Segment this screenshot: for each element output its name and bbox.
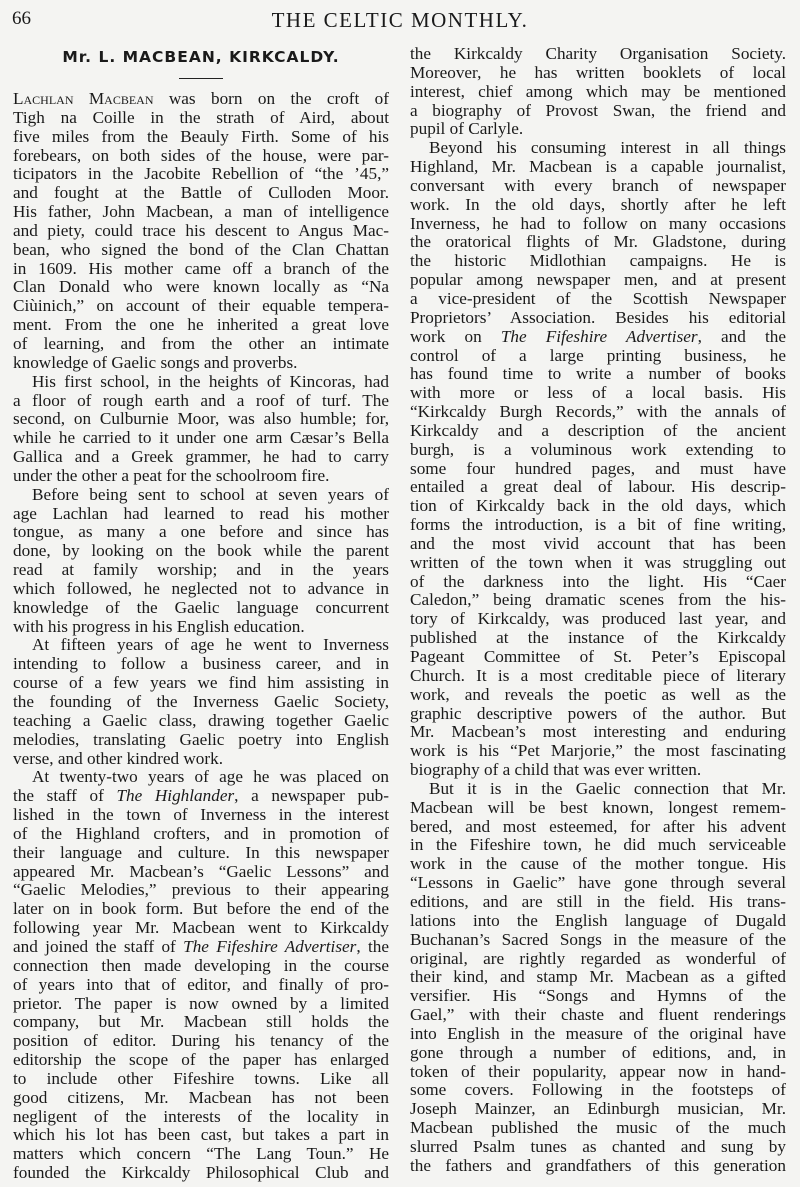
text-line: intending to follow a business career, a…	[13, 655, 389, 674]
text-line: bean, who signed the bond of the Clan Ch…	[13, 241, 389, 260]
text-line: founded the Kirkcaldy Philosophical Club…	[13, 1164, 389, 1183]
text-line: lished in the town of Inverness in the i…	[13, 806, 389, 825]
text-line: tion of Kirkcaldy back in the old days, …	[410, 497, 786, 516]
text-line: Pageant Committee of St. Peter’s Episcop…	[410, 648, 786, 667]
text-line: which his lot has been cast, but takes a…	[13, 1126, 389, 1145]
title-rule-divider	[179, 78, 223, 79]
text-line: while he carried to it under one arm Cæs…	[13, 429, 389, 448]
text-line: Mr. Macbean’s most interesting and endur…	[410, 723, 786, 742]
text-line: pupil of Carlyle.	[410, 120, 786, 139]
text-line: “Kirkcaldy Burgh Records,” with the anna…	[410, 403, 786, 422]
text-line: Church. It is a most creditable piece of…	[410, 667, 786, 686]
text-line: versifier. His “Songs and Hymns of the	[410, 987, 786, 1006]
text-line: Moreover, he has written booklets of loc…	[410, 64, 786, 83]
text-line: position of editor. During his tenancy o…	[13, 1032, 389, 1051]
text-line: “Lessons in Gaelic” have gone through se…	[410, 874, 786, 893]
text-line: token of their popularity, appear now in…	[410, 1063, 786, 1082]
text-line: their language and culture. In this news…	[13, 844, 389, 863]
text-line: editorship the scope of the paper has en…	[13, 1051, 389, 1070]
text-line: At fifteen years of age he went to Inver…	[13, 636, 389, 655]
text-line: Ciùinich,” on account of their equable t…	[13, 297, 389, 316]
text-line: Macbean published the music of the much	[410, 1119, 786, 1138]
text-line: Buchanan’s Sacred Songs in the measure o…	[410, 931, 786, 950]
text-line: into English in the measure of the origi…	[410, 1025, 786, 1044]
text-line: gone through a number of editions, and, …	[410, 1044, 786, 1063]
text-line: published at the instance of the Kirkcal…	[410, 629, 786, 648]
text-line: the oratorical flights of Mr. Gladstone,…	[410, 233, 786, 252]
text-line: Macbean will be best known, longest reme…	[410, 799, 786, 818]
text-line: Highland, Mr. Macbean is a capable journ…	[410, 158, 786, 177]
text-line: Joseph Mainzer, an Edinburgh musician, M…	[410, 1100, 786, 1119]
text-line: work, and reveals the poetic as well as …	[410, 686, 786, 705]
text-line: and fought at the Battle of Culloden Moo…	[13, 184, 389, 203]
text-line: connection then made developing in the c…	[13, 957, 389, 976]
text-line: of learning, and from the other an intim…	[13, 335, 389, 354]
text-line: five miles from the Beauly Firth. Some o…	[13, 128, 389, 147]
text-line: conversant with every branch of newspape…	[410, 177, 786, 196]
text-line: slurred Psalm tunes as chanted and sung …	[410, 1138, 786, 1157]
text-line: entailed a great deal of labour. His des…	[410, 478, 786, 497]
text-line: work in the cause of the mother tongue. …	[410, 855, 786, 874]
text-line: good citizens, Mr. Macbean has not been	[13, 1089, 389, 1108]
text-line: melodies, translating Gaelic poetry into…	[13, 731, 389, 750]
text-line: some four hundred pages, and must have	[410, 460, 786, 479]
running-header: 66 THE CELTIC MONTHLY.	[0, 4, 800, 34]
text-line: which followed, he neglected not to adva…	[13, 580, 389, 599]
text-line: negligent of the interests of the locali…	[13, 1108, 389, 1127]
text-line: graphic descriptive powers of the author…	[410, 705, 786, 724]
text-line: later on in book form. But before the en…	[13, 900, 389, 919]
text-line: the founding of the Inverness Gaelic Soc…	[13, 693, 389, 712]
text-line: of the darkness into the light. His “Cae…	[410, 573, 786, 592]
text-line: and the most vivid account that has been	[410, 535, 786, 554]
text-line: with his progress in his English educati…	[13, 618, 389, 637]
text-line: burgh, is a voluminous work extending to	[410, 441, 786, 460]
text-line: company, but Mr. Macbean still holds the	[13, 1013, 389, 1032]
text-line: popular among newspaper men, and at pres…	[410, 271, 786, 290]
text-line: knowledge of Gaelic songs and proverbs.	[13, 354, 389, 373]
text-line: editions, and are still in the field. Hi…	[410, 893, 786, 912]
text-line: the Kirkcaldy Charity Organisation Socie…	[410, 45, 786, 64]
text-line: written of the town when it was struggli…	[410, 554, 786, 573]
text-line: second, on Culburnie Moor, was also humb…	[13, 410, 389, 429]
text-line: forms the introduction, is a bit of fine…	[410, 516, 786, 535]
text-line: biography of a child that was ever writt…	[410, 761, 786, 780]
text-line: “Gaelic Melodies,” previous to their app…	[13, 881, 389, 900]
text-line: to include other Fifeshire towns. Like a…	[13, 1070, 389, 1089]
text-line: bered, and most esteemed, for after his …	[410, 818, 786, 837]
text-line: the staff of The Highlander, a newspaper…	[13, 787, 389, 806]
text-line: the historic Midlothian campaigns. He is	[410, 252, 786, 271]
text-line: ticipators in the Jacobite Rebellion of …	[13, 165, 389, 184]
text-line: work on The Fifeshire Advertiser, and th…	[410, 328, 786, 347]
text-line: But it is in the Gaelic connection that …	[410, 780, 786, 799]
publication-title: The Fifeshire Advertiser	[501, 327, 698, 346]
text-line: appeared Mr. Macbean’s “Gaelic Lessons” …	[13, 863, 389, 882]
text-line: work. In the old days, shortly after he …	[410, 196, 786, 215]
text-line: tory of Kirkcaldy, was produced last yea…	[410, 610, 786, 629]
text-line: a floor of rough earth and a roof of tur…	[13, 392, 389, 411]
text-line: tongue, as many a one before and since h…	[13, 523, 389, 542]
text-line: interest, chief among which may be menti…	[410, 83, 786, 102]
text-line: their kind, and stamp Mr. Macbean as a g…	[410, 968, 786, 987]
publication-title: The Highlander	[116, 786, 234, 805]
text-line: teaching a Gaelic class, drawing togethe…	[13, 712, 389, 731]
drop-name-smallcaps: Lachlan Macbean	[13, 89, 154, 108]
text-line: control of a large printing business, he	[410, 347, 786, 366]
text-line: Gallica and a Greek grammer, he had to c…	[13, 448, 389, 467]
text-line: knowledge of the Gaelic language concurr…	[13, 599, 389, 618]
text-line: forebears, on both sides of the house, w…	[13, 147, 389, 166]
text-line: and piety, could trace his descent to An…	[13, 222, 389, 241]
text-line: under the other a peat for the schoolroo…	[13, 467, 389, 486]
text-line: has found time to write a number of book…	[410, 365, 786, 384]
text-line: At twenty-two years of age he was placed…	[13, 768, 389, 787]
text-line: ment. From the one he inherited a great …	[13, 316, 389, 335]
text-line: in 1609. His mother came off a branch of…	[13, 260, 389, 279]
text-line: course of a few years we find him assist…	[13, 674, 389, 693]
text-line: Gael,” with their chaste and fluent rend…	[410, 1006, 786, 1025]
publication-title: The Fifeshire Advertiser	[183, 937, 356, 956]
text-line: of years into that of editor, and finall…	[13, 976, 389, 995]
text-line: lations into the English language of Dug…	[410, 912, 786, 931]
text-line: matters which concern “The Lang Toun.” H…	[13, 1145, 389, 1164]
text-line: Before being sent to school at seven yea…	[13, 486, 389, 505]
journal-title: THE CELTIC MONTHLY.	[0, 8, 800, 33]
text-line: in the Fifeshire town, he did much servi…	[410, 836, 786, 855]
text-line: following year Mr. Macbean went to Kirkc…	[13, 919, 389, 938]
text-line: some covers. Following in the footsteps …	[410, 1081, 786, 1100]
document-page: 66 THE CELTIC MONTHLY. Mr. L. MACBEAN, K…	[0, 0, 800, 1187]
text-line: a vice-president of the Scottish Newspap…	[410, 290, 786, 309]
right-column: the Kirkcaldy Charity Organisation Socie…	[410, 45, 786, 1176]
text-line: age Lachlan had learned to read his moth…	[13, 505, 389, 524]
text-line: done, by looking on the book while the p…	[13, 542, 389, 561]
text-line: of the Highland crofters, and in promoti…	[13, 825, 389, 844]
text-line: His first school, in the heights of Kinc…	[13, 373, 389, 392]
text-line: the fathers and grandfathers of this gen…	[410, 1157, 786, 1176]
text-line: prietor. The paper is now owned by a lim…	[13, 995, 389, 1014]
text-line: Inverness, he had to follow on many occa…	[410, 215, 786, 234]
text-line: Kirkcaldy and a description of the ancie…	[410, 422, 786, 441]
text-line: with more or less of a local basis. His	[410, 384, 786, 403]
text-line: a biography of Provost Swan, the friend …	[410, 102, 786, 121]
text-line: Lachlan Macbean was born on the croft of	[13, 90, 389, 109]
text-line: Caledon,” being dramatic scenes from the…	[410, 591, 786, 610]
article-title: Mr. L. MACBEAN, KIRKCALDY.	[13, 48, 389, 66]
text-line: Beyond his consuming interest in all thi…	[410, 139, 786, 158]
text-line: Tigh na Coille in the strath of Aird, ab…	[13, 109, 389, 128]
left-column: Lachlan Macbean was born on the croft of…	[13, 90, 389, 1183]
text-line: original, are rightly regarded as wonder…	[410, 950, 786, 969]
text-line: and joined the staff of The Fifeshire Ad…	[13, 938, 389, 957]
text-line: Proprietors’ Association. Besides his ed…	[410, 309, 786, 328]
text-line: Clan Donald who were known locally as “N…	[13, 278, 389, 297]
text-line: verse, and other kindred work.	[13, 750, 389, 769]
text-line: work is his “Pet Marjorie,” the most fas…	[410, 742, 786, 761]
text-line: His father, John Macbean, a man of intel…	[13, 203, 389, 222]
text-line: read at family worship; and in the years	[13, 561, 389, 580]
